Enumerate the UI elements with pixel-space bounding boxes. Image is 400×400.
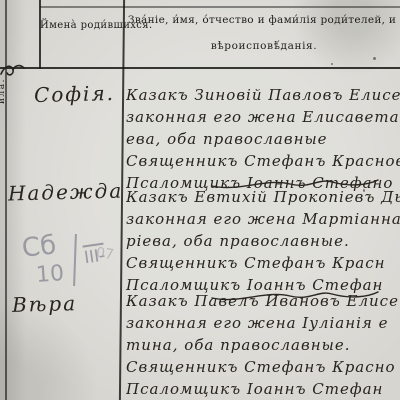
entry-line: ріева, оба православные. [126,230,400,252]
pencil-divider-stroke [73,234,77,286]
entry-line: законная его жена Мартіанна Д [126,208,400,230]
entry-line: тина, оба православные. [126,334,400,356]
ink-speck [373,57,376,60]
ink-speck [331,63,333,65]
header-bottom-rule [0,67,400,69]
entry-line: Священникъ Стефанъ Красновъ [126,150,400,172]
entry-line: Казакъ Павелъ Ивановъ Елисе [126,290,400,312]
ink-speck [363,189,365,192]
register-scan-page: ила. Ймена̀ роди́вшихся. Зва́ніе, и́мя, … [0,0,400,400]
pencil-annotation-word: Сб [21,230,58,263]
ink-squiggle [0,56,26,82]
entry-name: Вѣра [12,291,78,317]
entry-line: законная его жена Іуліанія е [126,312,400,334]
entry-name: Софія. [34,81,116,107]
entry-record: Казакъ Евтихій Прокопіевъ Дыб законная е… [126,186,400,296]
entry-line: Казакъ Евтихій Прокопіевъ Дыб [126,186,400,208]
entry-line: Псаломщикъ Іоаннъ Стефан [126,378,400,400]
parents-column-header-line1: Зва́ніе, и́мя, о́тчество и фами́лія роди… [128,14,400,26]
narrow-column-rule [39,0,41,69]
entry-record: Казакъ Павелъ Ивановъ Елисе законная его… [126,290,400,400]
entry-line: законная его жена Елисавета е [126,106,400,128]
pencil-annotation-number: 10 [35,261,65,288]
parents-column-header-line2: вѣроисповѣ́данія. [128,40,400,52]
entry-name: Надежда [8,178,124,205]
entry-line: Священникъ Стефанъ Красн [126,252,400,274]
entry-line: ева, оба православные [126,128,400,150]
table-top-border [40,6,400,8]
pencil-annotation-side: 07 [95,245,115,263]
entry-line: Казакъ Зиновій Павловъ Елисе [126,84,400,106]
entry-line: Священникъ Стефанъ Красно [126,356,400,378]
names-column-header: Ймена̀ роди́вшихся. [40,20,122,31]
